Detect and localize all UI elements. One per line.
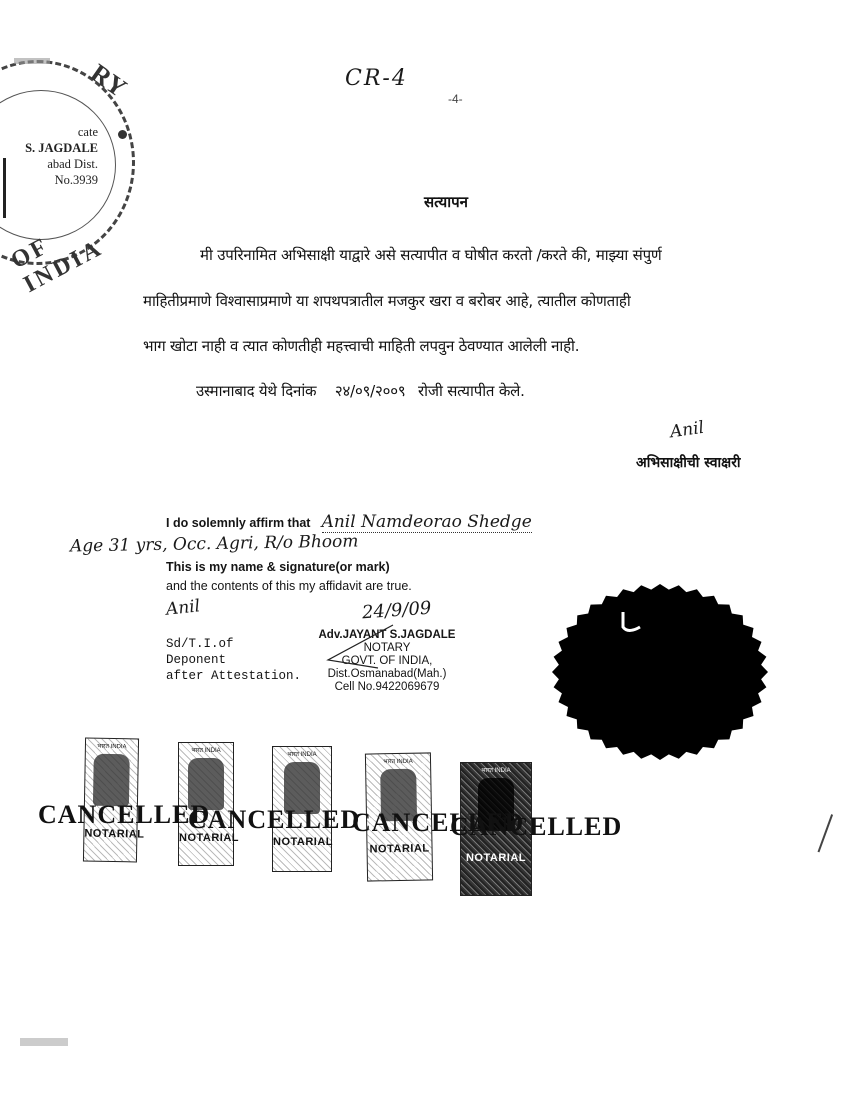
stamp-header: भारत INDIA <box>273 750 331 758</box>
deponent-signature: Anil <box>165 596 201 619</box>
deponent-name-handwritten: Anil Namdeorao Shedge <box>322 512 532 533</box>
stamp-header: भारत INDIA <box>179 746 233 754</box>
page-number: -4- <box>448 92 463 106</box>
verification-date: २४/०९/२००९ <box>335 382 406 400</box>
affirmation-line-3: This is my name & signature(or mark) <box>166 560 390 574</box>
embossed-seal <box>548 582 773 762</box>
verification-line-2: माहितीप्रमाणे विश्वासाप्रमाणे या शपथपत्र… <box>143 291 631 311</box>
deponent-signature-marathi: Anil <box>669 418 706 443</box>
signature-label: अभिसाक्षीची स्वाक्षरी <box>636 453 741 472</box>
seal-line: cate <box>24 124 98 140</box>
seal-inner-text: cate S. JAGDALE abad Dist. No.3939 <box>24 124 98 188</box>
place-suffix: रोजी सत्यापीत केले. <box>418 382 525 400</box>
affirmation-line-1: I do solemnly affirm that Anil Namdeorao… <box>166 512 532 532</box>
verification-heading: सत्यापन <box>424 192 468 212</box>
seal-line: No.3939 <box>24 172 98 188</box>
scan-noise <box>14 58 50 64</box>
affirmation-line-4: and the contents of this my affidavit ar… <box>166 579 412 593</box>
deponent-details-handwritten: Age 31 yrs, Occ. Agri, R/o Bhoom <box>70 531 359 556</box>
cancelled-overprint-2: CANCELLED <box>188 805 360 835</box>
lion-emblem-icon <box>93 754 130 807</box>
seal-dot <box>118 130 127 139</box>
deponent-block: Sd/T.I.of Deponent after Attestation. <box>166 636 301 684</box>
deponent-line: Deponent <box>166 652 301 668</box>
seal-line: abad Dist. <box>24 156 98 172</box>
affirmation-printed: I do solemnly affirm that <box>166 516 310 530</box>
verification-line-3: भाग खोटा नाही व त्यात कोणतीही महत्त्वाची… <box>143 336 579 356</box>
place-prefix: उस्मानाबाद येथे दिनांक <box>196 382 316 400</box>
deponent-line: after Attestation. <box>166 668 301 684</box>
stamp-header: भारत INDIA <box>86 742 138 751</box>
stamp-header: भारत INDIA <box>461 766 531 774</box>
seal-line: S. JAGDALE <box>24 140 98 156</box>
stamp-header: भारत INDIA <box>366 756 430 765</box>
place-date-line: उस्मानाबाद येथे दिनांक २४/०९/२००९ रोजी स… <box>196 381 525 401</box>
stamp-label: NOTARIAL <box>461 852 531 864</box>
left-edge-mark <box>3 158 6 218</box>
deponent-line: Sd/T.I.of <box>166 636 301 652</box>
cancelled-overprint-4: CANCELLED <box>450 812 622 842</box>
notary-signature-stroke <box>318 620 398 670</box>
stamp-label: NOTARIAL <box>273 836 331 848</box>
notary-seal-top-left: RY OF INDIA cate S. JAGDALE abad Dist. N… <box>0 60 140 270</box>
cancelled-overprint-1: CANCELLED <box>38 800 210 830</box>
scan-noise-bottom <box>20 1038 68 1046</box>
notary-phone: Cell No.9422069679 <box>312 681 462 694</box>
verification-line-1: मी उपरिनामित अभिसाक्षी याद्वारे असे सत्य… <box>200 245 662 265</box>
file-reference: CR-4 <box>345 66 408 91</box>
scan-mark-right <box>818 814 843 856</box>
stamp-label: NOTARIAL <box>367 842 431 855</box>
